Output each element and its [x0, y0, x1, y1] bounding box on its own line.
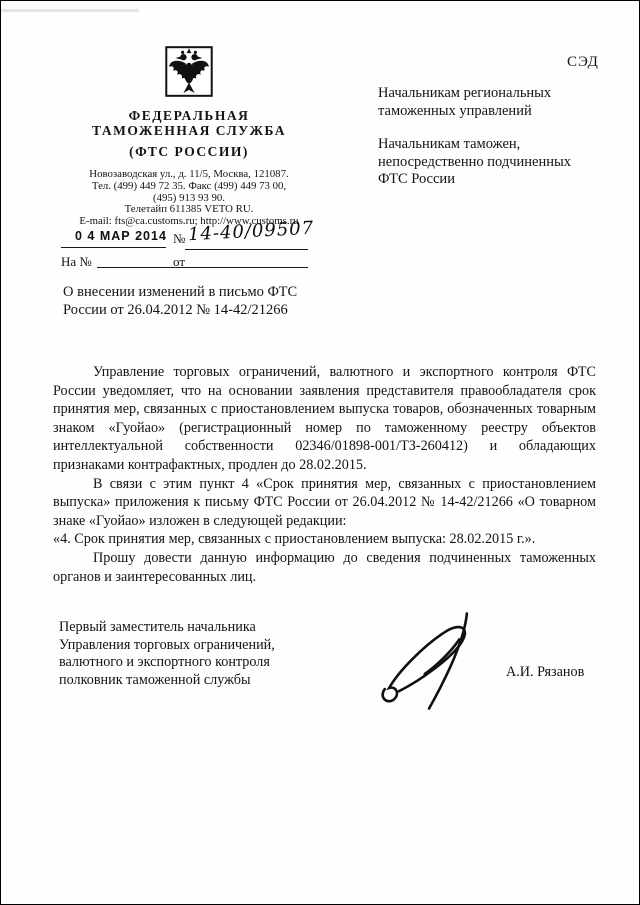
body-paragraph-3: «4. Срок принятия мер, связанных с приос…: [53, 530, 596, 549]
org-short-name: (ФТС РОССИИ): [53, 144, 325, 160]
subject-line: О внесении изменений в письмо ФТС России…: [63, 284, 363, 319]
ref-label: На №: [61, 254, 92, 270]
number-label: №: [173, 231, 185, 247]
recipient-customs-heads: Начальникам таможен, непосредственно под…: [378, 136, 603, 189]
scan-artifact-line: [1, 9, 139, 12]
scanned-letter-page: СЭД ФЕДЕРАЛЬНАЯ ТАМОЖЕННАЯ СЛУЖБА (ФТС Р…: [0, 0, 640, 905]
signer-title: Первый заместитель начальника Управления…: [59, 619, 319, 689]
reference-row: На № от: [53, 251, 343, 273]
body-paragraph-2: В связи с этим пункт 4 «Срок принятия ме…: [53, 475, 596, 531]
recipient-regional-directorates: Начальникам региональных таможенных упра…: [378, 85, 603, 120]
body-paragraph-4: Прошу довести данную информацию до сведе…: [53, 549, 596, 586]
number-underline: [185, 249, 308, 250]
sed-label: СЭД: [567, 54, 599, 71]
letter-body: Управление торговых ограничений, валютно…: [53, 363, 596, 586]
handwritten-signature: [373, 607, 483, 715]
recipients: Начальникам региональных таможенных упра…: [378, 85, 603, 189]
body-paragraph-1: Управление торговых ограничений, валютно…: [53, 363, 596, 475]
date-underline: [61, 247, 166, 248]
ref-from-label: от: [173, 254, 185, 270]
ref-underline-2: [193, 267, 308, 268]
date-stamp: 0 4 МАР 2014: [75, 229, 185, 243]
coat-of-arms-icon: [165, 46, 213, 97]
letterhead: ФЕДЕРАЛЬНАЯ ТАМОЖЕННАЯ СЛУЖБА (ФТС РОССИ…: [53, 46, 325, 228]
org-name: ФЕДЕРАЛЬНАЯ ТАМОЖЕННАЯ СЛУЖБА: [53, 108, 325, 138]
date-number-row: 0 4 МАР 2014 № 14-40/09507: [53, 223, 343, 251]
signer-name: А.И. Рязанов: [506, 664, 584, 681]
